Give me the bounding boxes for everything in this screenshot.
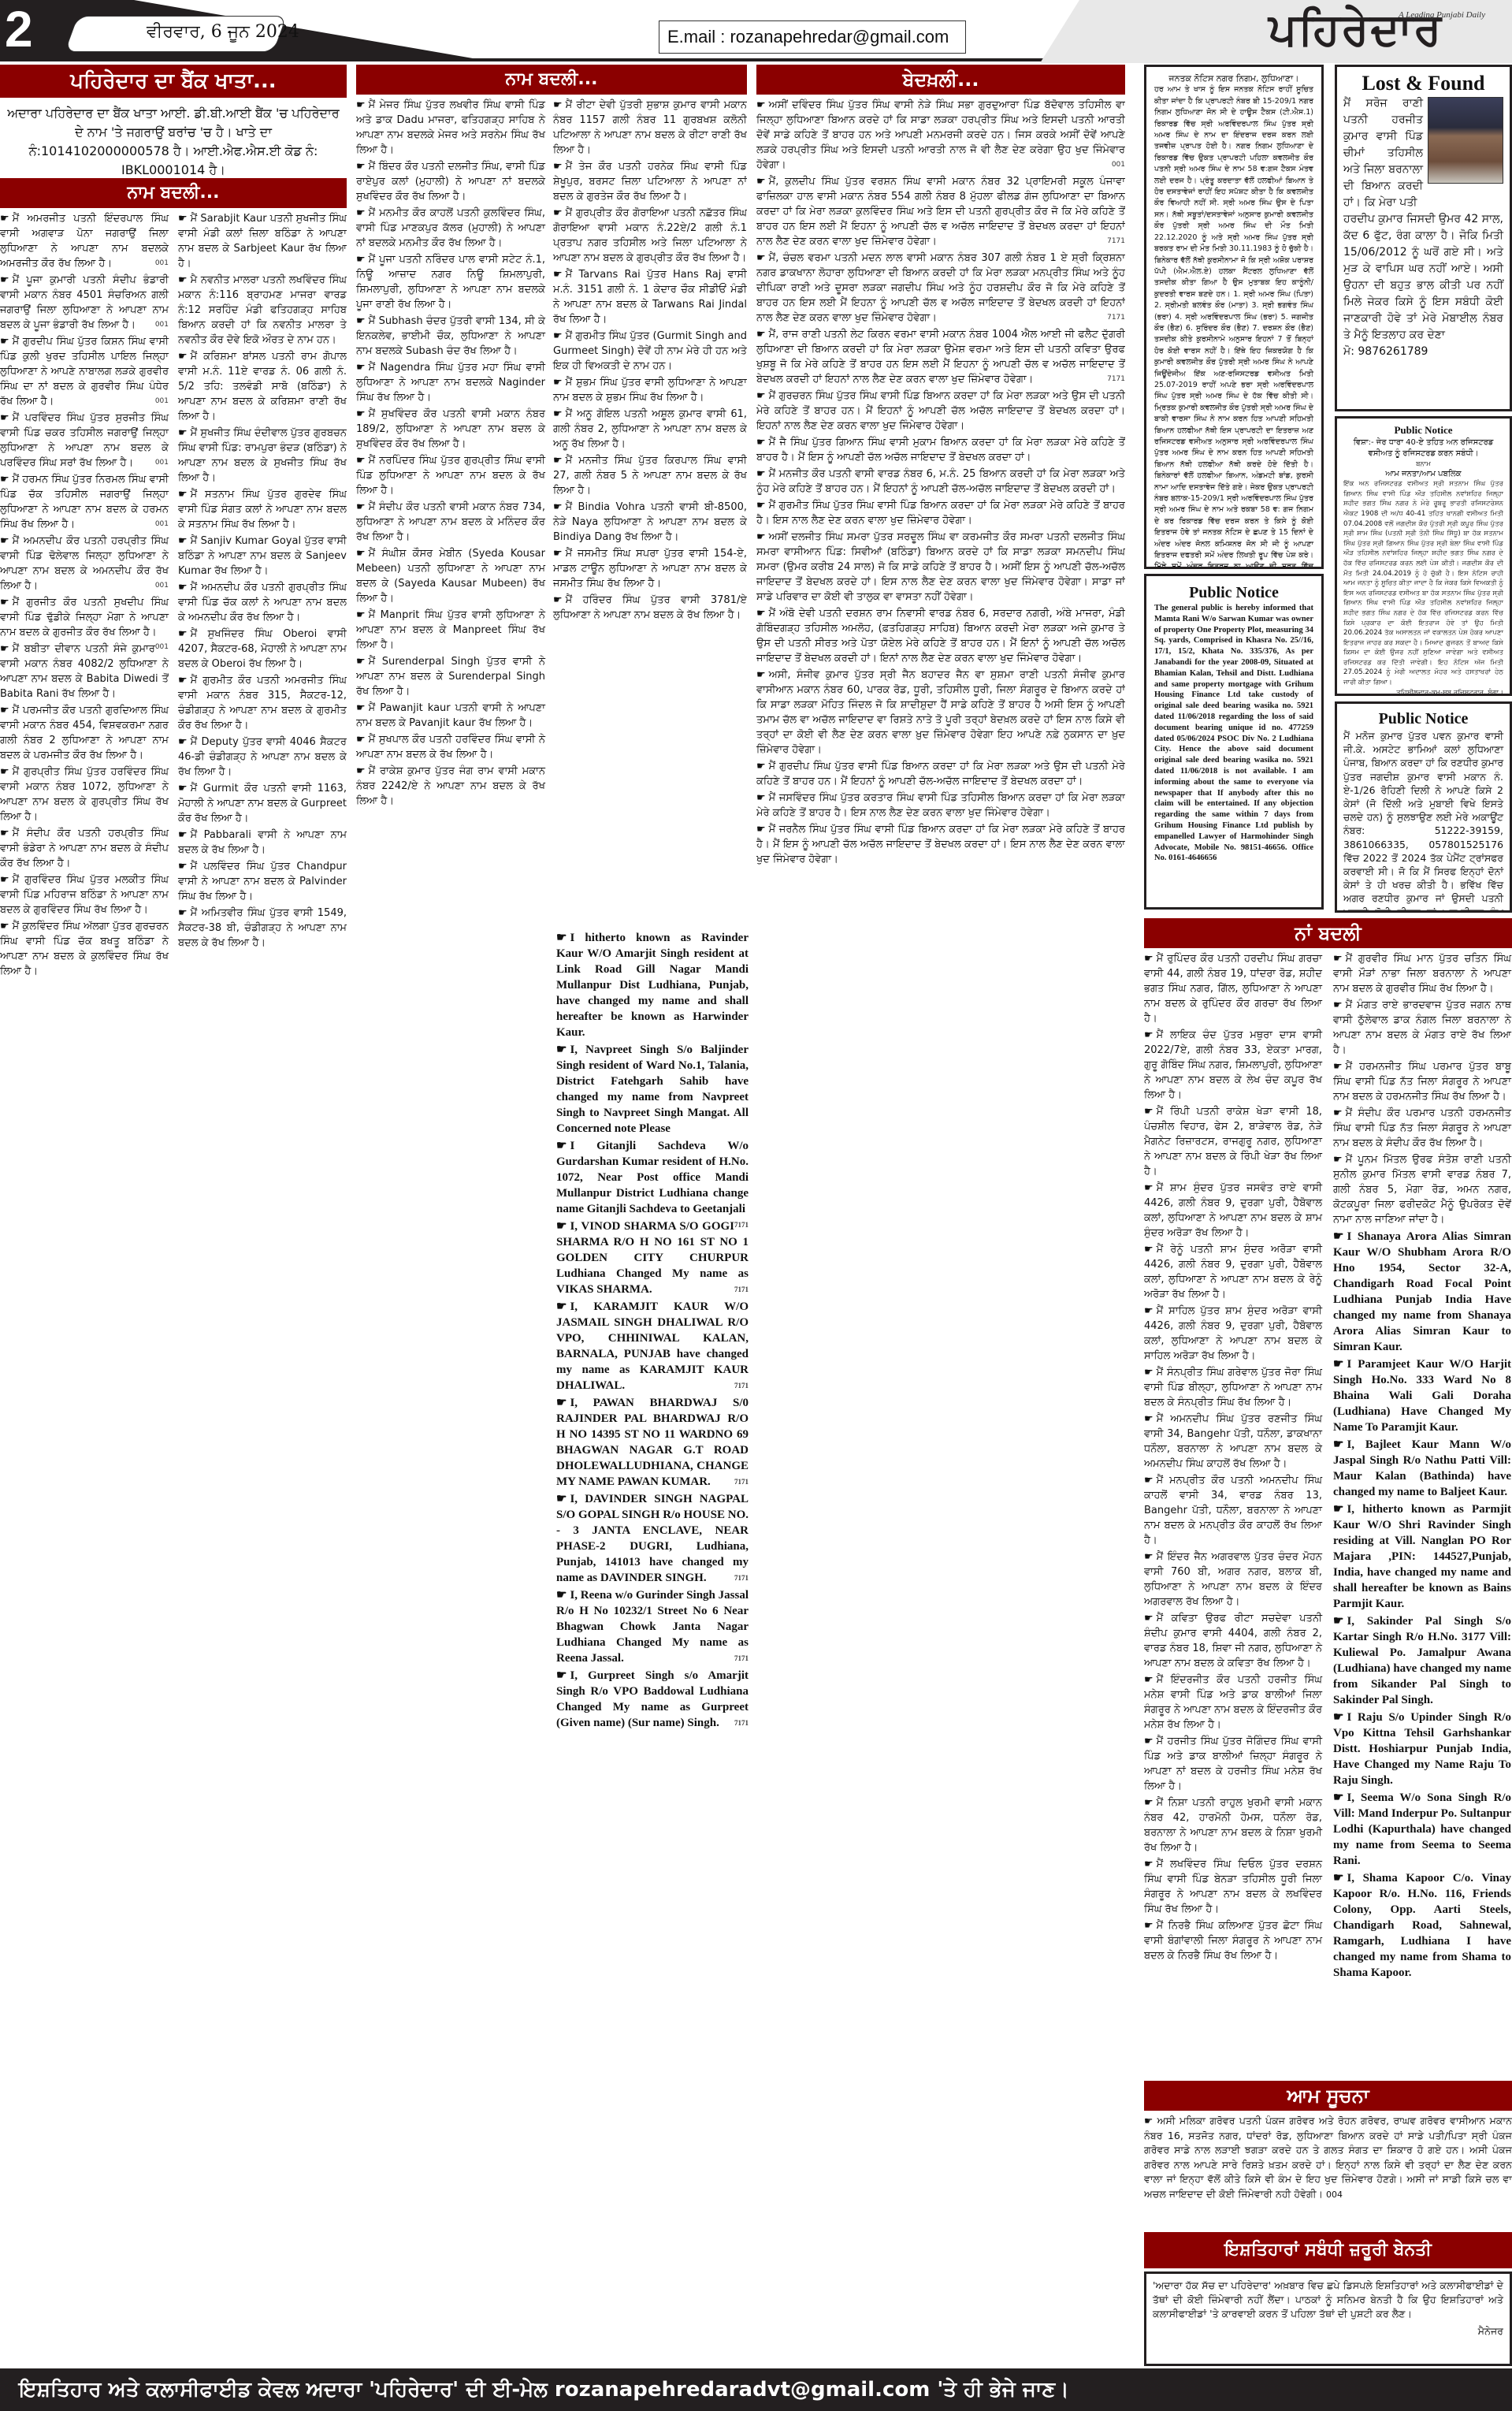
ad-request-heading: ਇਸ਼ਤਿਹਾਰਾਂ ਸਬੰਧੀ ਜ਼ਰੂਰੀ ਬੇਨਤੀ xyxy=(1144,2232,1512,2268)
entry-text: ਮੈਂ ਸੁਖਪਾਲ ਕੌਰ ਪਤਨੀ ਹਰਵਿੰਦਰ ਸਿੰਘ ਵਾਸੀ ਨੇ… xyxy=(356,734,545,761)
notice-manoj-body: ਮੈਂ ਮਨੋਜ ਕੁਮਾਰ ਪੁੱਤਰ ਪਵਨ ਕੁਮਾਰ ਵਾਸੀ ਜੀ.ਕ… xyxy=(1343,729,1503,913)
pointing-hand-icon: ☛ xyxy=(553,548,563,560)
list-item: ☛ਮੈਂ Sanjiv Kumar Goyal ਪੁੱਤਰ ਵਾਸੀ ਬਠਿੰਡ… xyxy=(178,534,347,579)
list-item: ☛ਮੈਂ ਇੰਦਰ ਜੈਨ ਅਗਰਵਾਲ ਪੁੱਤਰ ਚੰਦਰ ਮੋਹਨ ਵਾਸ… xyxy=(1144,1550,1322,1609)
entry-text: ਮੈਂ ਰਿੰਪੀ ਪਤਨੀ ਰਾਕੇਸ਼ ਖੇੜਾ ਵਾਸੀ 18, ਪੰਚਸ… xyxy=(1144,1106,1322,1178)
list-item: ☛ਮੈਂ ਅਮਰਜੀਤ ਪਤਨੀ ਇੰਦਰਪਾਲ ਸਿੰਘ ਵਾਸੀ ਅਗਵਾੜ… xyxy=(0,211,169,271)
pointing-hand-icon: ☛ xyxy=(556,1589,567,1602)
list-item: ☛ਮੈਂ ਗੁਰਦੀਪ ਸਿੰਘ ਪੁੱਤਰ ਕਿਸ਼ਨ ਸਿੰਘ ਵਾਸੀ ਪ… xyxy=(0,334,169,409)
list-item: ☛ਮੈਂ ਪਲਵਿੰਦਰ ਸਿੰਘ ਪੁੱਤਰ Chandpur ਵਾਸੀ ਨੇ… xyxy=(178,859,347,904)
entry-text: ਮੈਂ ਅਮਨਦੀਪ ਕੌਰ ਪਤਨੀ ਹਰਪ੍ਰੀਤ ਸਿੰਘ ਵਾਸੀ ਪਿ… xyxy=(0,535,169,592)
entry-text: ਮੈਂ ਹਰਜੀਤ ਸਿੰਘ ਪੁੱਤਰ ਜੋਗਿੰਦਰ ਸਿੰਘ ਵਾਸੀ ਪ… xyxy=(1144,1736,1322,1792)
entry-text: ਮੈਂ ਲਾਇਕ ਚੰਦ ਪੁੱਤਰ ਮਥੁਰਾ ਦਾਸ ਵਾਸੀ 2022/7… xyxy=(1144,1029,1322,1101)
list-item: ☛ਮੈਂ ਸੰਦੀਪ ਕੌਰ ਪਤਨੀ ਹਰਪ੍ਰੀਤ ਸਿੰਘ ਵਾਸੀ ਭੰ… xyxy=(0,826,169,871)
list-item: ☛I, DAVINDER SINGH NAGPAL S/O GOPAL SING… xyxy=(556,1491,749,1586)
ad-request-section: ਇਸ਼ਤਿਹਾਰਾਂ ਸਬੰਧੀ ਜ਼ਰੂਰੀ ਬੇਨਤੀ 'ਅਦਾਰਾ ਹੱਕ… xyxy=(1144,2232,1512,2368)
pointing-hand-icon: ☛ xyxy=(1333,1872,1343,1885)
entry-text: ਮੈਂ Gurmit ਕੌਰ ਪਤਨੀ ਵਾਸੀ 1163, ਮੋਹਾਲੀ ਨੇ… xyxy=(178,783,347,824)
entry-text: ਮੈਂ ਪੂਜਾ ਪਤਨੀ ਨਰਿੰਦਰ ਪਾਲ ਵਾਸੀ ਸਟੇਟ ਨੰ.1,… xyxy=(356,254,545,311)
entry-text: ਮੈਂ ਰਾਕੇਸ਼ ਕੁਮਾਰ ਪੁੱਤਰ ਜੰਗ ਰਾਮ ਵਾਸੀ ਮਕਾਨ… xyxy=(356,765,545,807)
list-item: ☛ਮੈਂ ਰੀਟਾ ਦੇਵੀ ਪੁੱਤਰੀ ਸੁਭਾਸ਼ ਕੁਮਾਰ ਵਾਸੀ … xyxy=(553,98,747,158)
pointing-hand-icon: ☛ xyxy=(756,669,766,681)
entry-text: ਮੈਂ ਸਾਹਿਲ ਪੁੱਤਰ ਸ਼ਾਮ ਸੁੰਦਰ ਅਰੋੜਾ ਵਾਸੀ 44… xyxy=(1144,1305,1322,1362)
entry-text: ਮੈਂ ਗੁਰਦੀਪ ਸਿੰਘ ਪੁੱਤਰ ਕਿਸ਼ਨ ਸਿੰਘ ਵਾਸੀ ਪਿ… xyxy=(0,336,169,407)
pointing-hand-icon: ☛ xyxy=(1144,1920,1154,1932)
entry-text: ਮੈਂ ਸਤਨਾਮ ਸਿੰਘ ਪੁੱਤਰ ਗੁਰਦੇਵ ਸਿੰਘ ਵਾਸੀ ਪਿ… xyxy=(178,489,347,530)
pointing-hand-icon: ☛ xyxy=(553,501,563,513)
name-change-left-col1: ☛ਮੈਂ ਅਮਰਜੀਤ ਪਤਨੀ ਇੰਦਰਪਾਲ ਸਿੰਘ ਵਾਸੀ ਅਗਵਾੜ… xyxy=(0,211,169,980)
entry-text: ਮੈਂ ਗੁਰਦੀਪ ਸਿੰਘ ਪੁੱਤਰ ਵਾਸੀ ਪਿੰਡ ਬਿਆਨ ਕਰਦ… xyxy=(756,761,1125,787)
lost-found-phone: ਮੋ: 9876261789 xyxy=(1343,344,1503,360)
pointing-hand-icon: ☛ xyxy=(556,1044,567,1056)
entry-text: ਮੈਂ ਬਿੰਦਰ ਕੌਰ ਪਤਨੀ ਦਲਜੀਤ ਸਿੰਘ, ਵਾਸੀ ਪਿੰਡ… xyxy=(356,161,545,203)
list-item: ☛ਮੈਂ Sarabjit Kaur ਪਤਨੀ ਸੁਖਜੀਤ ਸਿੰਘ ਵਾਸੀ… xyxy=(178,211,347,271)
pointing-hand-icon: ☛ xyxy=(0,643,9,655)
list-item: ☛ਮੈਂ ਮਨਮੀਤ ਕੌਰ ਕਾਹਲੋਂ ਪਤਨੀ ਕੁਲਵਿੰਦਰ ਸਿੰਘ… xyxy=(356,206,545,251)
missing-person-photo xyxy=(1428,97,1503,184)
pointing-hand-icon: ☛ xyxy=(1333,1107,1343,1119)
list-item: ☛ਮੈਂ ਗੁਰਵਿੰਦਰ ਸਿੰਘ ਪੁੱਤਰ ਮਲਕੀਤ ਸਿੰਘ ਵਾਸੀ… xyxy=(0,872,169,917)
notice-will-title: Public Notice xyxy=(1343,423,1503,437)
pointing-hand-icon: ☛ xyxy=(178,783,188,794)
pointing-hand-icon: ☛ xyxy=(1144,1858,1154,1870)
list-item: ☛ਮੈਂ ਨਿਰਭੈ ਸਿੰਘ ਕਲਿਆਣ ਪੁੱਤਰ ਛੋਟਾ ਸਿੰਘ ਵਾ… xyxy=(1144,1918,1322,1963)
list-item: ☛ਮੈਂ ਅਮਨਦੀਪ ਕੌਰ ਪਤਨੀ ਗੁਰਪ੍ਰੀਤ ਸਿੰਘ ਵਾਸੀ … xyxy=(178,580,347,625)
pointing-hand-icon: ☛ xyxy=(1144,2115,1153,2126)
pointing-hand-icon: ☛ xyxy=(0,474,9,486)
pointing-hand-icon: ☛ xyxy=(553,207,563,219)
pointing-hand-icon: ☛ xyxy=(178,274,188,286)
entry-text: ਅਸੀਂ ਦਵਿੰਦਰ ਸਿੰਘ ਪੁੱਤਰ ਸਿੰਘ ਵਾਸੀ ਨੇੜੇ ਸਿ… xyxy=(756,99,1125,171)
pointing-hand-icon: ☛ xyxy=(356,408,366,420)
entry-code: 7171 xyxy=(734,1378,749,1393)
pointing-hand-icon: ☛ xyxy=(756,608,766,619)
na-badli-col1: ☛ਮੈਂ ਰੁਪਿੰਦਰ ਕੌਰ ਪਤਨੀ ਹਰਦੀਪ ਸਿੰਘ ਗਰਚਾ ਵਾ… xyxy=(1144,951,1322,1982)
entry-text: I, PAWAN BHARDWAJ S/0 RAJINDER PAL BHARD… xyxy=(556,1397,749,1488)
entry-text: ਮੈਂ ਮੰਗਤ ਰਾਏ ਭਾਰਦਵਾਜ ਪੁੱਤਰ ਜਗਨ ਨਾਥ ਵਾਸੀ … xyxy=(1333,999,1511,1056)
pointing-hand-icon: ☛ xyxy=(356,161,366,173)
bedakhli-section: ਬੇਦਖ਼ਲੀ... ☛ਅਸੀਂ ਦਵਿੰਦਰ ਸਿੰਘ ਪੁੱਤਰ ਸਿੰਘ … xyxy=(756,65,1125,2366)
pointing-hand-icon: ☛ xyxy=(1333,953,1343,965)
entry-text: ਮੈਂ Bindia Vohra ਪਤਨੀ ਵਾਸੀ ਬੀ-8500, ਨੇੜੇ… xyxy=(553,501,747,543)
list-item: ☛ਮੈਂ ਹਰਜੀਤ ਸਿੰਘ ਪੁੱਤਰ ਜੋਗਿੰਦਰ ਸਿੰਘ ਵਾਸੀ … xyxy=(1144,1734,1322,1794)
list-item: ☛ਮੈਂ ਗੁਰਮੀਤ ਕੌਰ ਪਤਨੀ ਅਮਰਜੀਤ ਸਿੰਘ ਵਾਸੀ ਮਕ… xyxy=(178,673,347,733)
pointing-hand-icon: ☛ xyxy=(1144,1797,1154,1809)
list-item: ☛I, Seema W/o Sona Singh R/o Vill: Mand … xyxy=(1333,1790,1511,1869)
list-item: ☛ਮੈਂ ਪੂਜਾ ਪਤਨੀ ਨਰਿੰਦਰ ਪਾਲ ਵਾਸੀ ਸਟੇਟ ਨੰ.1… xyxy=(356,252,545,312)
pointing-hand-icon: ☛ xyxy=(356,455,366,467)
pointing-hand-icon: ☛ xyxy=(1144,1736,1154,1747)
pointing-hand-icon: ☛ xyxy=(756,792,766,804)
list-item: ☛ਮੈਂ ਬਬੀਤਾ ਦੀਵਾਨ ਪਤਨੀ ਸੰਜੇ ਕੁਮਾਰ ਵਾਸੀ ਮਕ… xyxy=(0,642,169,701)
public-notice-manoj: Public Notice ਮੈਂ ਮਨੋਜ ਕੁਮਾਰ ਪੁੱਤਰ ਪਵਨ ਕ… xyxy=(1335,701,1512,913)
na-badli-section: ਨਾਂ ਬਦਲੀ ☛ਮੈਂ ਰੁਪਿੰਦਰ ਕੌਰ ਪਤਨੀ ਹਰਦੀਪ ਸਿੰ… xyxy=(1144,918,1512,2069)
entry-text: ਮੈਂ ਕਵਿਤਾ ਉਰਫ ਰੀਟਾ ਸਚਦੇਵਾ ਪਤਨੀ ਸ਼ੰਦੀਪ ਕੁ… xyxy=(1144,1613,1322,1669)
list-item: ☛ਮੈਂ ਰਿੰਪੀ ਪਤਨੀ ਰਾਕੇਸ਼ ਖੇੜਾ ਵਾਸੀ 18, ਪੰਚ… xyxy=(1144,1104,1322,1179)
ad-request-box: 'ਅਦਾਰਾ ਹੱਕ ਸੱਚ ਦਾ ਪਹਿਰੇਦਾਰ' ਅਖ਼ਬਾਰ ਵਿਚ ਛ… xyxy=(1144,2271,1512,2366)
list-item: ☛I Shanaya Arora Alias Simran Kaur W/O S… xyxy=(1333,1229,1511,1355)
pointing-hand-icon: ☛ xyxy=(0,766,9,778)
list-item: ☛ਮੈਂ ਇੰਦਰਜੀਤ ਕੌਰ ਪਤਨੀ ਹਰਜੀਤ ਸਿੰਘ ਮਨੇਸ਼ ਵ… xyxy=(1144,1672,1322,1732)
bank-heading: ਪਹਿਰੇਦਾਰ ਦਾ ਬੈਂਕ ਖਾਤਾ... xyxy=(0,65,347,98)
list-item: ☛ਮੈਂ ਪੂਨਮ ਮਿੱਤਲ ਉਰਫ ਸੰਤੋਸ਼ ਰਾਣੀ ਪਤਨੀ ਸੁਨ… xyxy=(1333,1152,1511,1227)
pointing-hand-icon: ☛ xyxy=(553,269,563,281)
pointing-hand-icon: ☛ xyxy=(178,907,188,919)
entry-text: ਮੈ ਨਵਨੀਤ ਮਾਲਰਾ ਪਤਨੀ ਲਖਵਿੰਦਰ ਸਿੰਘ ਮਕਾਨ ਨੰ… xyxy=(178,274,347,346)
logo-tagline: A Leading Punjabi Daily xyxy=(1399,9,1485,20)
entry-text: ਮੈਂ ਪੂਜਾ ਕੁਮਾਰੀ ਪਤਨੀ ਸੰਦੀਪ ਭੰਡਾਰੀ ਵਾਸੀ ਮ… xyxy=(0,274,169,331)
notice-will-to: ਆਮ ਜਨਤਾ/ਆਮ ਪਬਲਿਕ xyxy=(1343,470,1503,480)
list-item: ☛ਮੈਂ ਸੁਖਵਿੰਦਰ ਕੌਰ ਪਤਨੀ ਵਾਸੀ ਮਕਾਨ ਨੰਬਰ 18… xyxy=(356,407,545,452)
list-item: ☛ਮੈਂ ਸੰਦੀਪ ਕੌਰ ਪਤਨੀ ਵਾਸੀ ਮਕਾਨ ਨੰਬਰ 734, … xyxy=(356,500,545,545)
pointing-hand-icon: ☛ xyxy=(556,1493,567,1505)
pointing-hand-icon: ☛ xyxy=(556,1669,567,1682)
entry-text: ਮੈਂ ਸ਼ਾਮ ਸੁੰਦਰ ਪੁੱਤਰ ਜਸਵੰਤ ਰਾਏ ਵਾਸੀ 4426… xyxy=(1144,1182,1322,1239)
list-item: ☛ਮੈਂ ਗੁਰਵੀਰ ਸਿੰਘ ਮਾਨ ਪੁੱਤਰ ਚਤਿਨ ਸਿੰਘ ਵਾਸ… xyxy=(1333,951,1511,996)
entry-text: ਮੈਂ ਇੰਦਰਜੀਤ ਕੌਰ ਪਤਨੀ ਹਰਜੀਤ ਸਿੰਘ ਮਨੇਸ਼ ਵਾ… xyxy=(1144,1674,1322,1731)
entry-text: ਮੈਂ Manprit ਸਿੰਘ ਪੁੱਤਰ ਵਾਸੀ ਲੁਧਿਆਣਾ ਨੇ ਆ… xyxy=(356,609,545,651)
entry-text: ਮੈਂ ਸੰਦੀਪ ਕੌਰ ਪਤਨੀ ਵਾਸੀ ਮਕਾਨ ਨੰਬਰ 734, ਲ… xyxy=(356,501,545,543)
entry-text: I, Seema W/o Sona Singh R/o Vill: Mand I… xyxy=(1333,1792,1511,1867)
list-item: ☛ਮੈਂ ਗੁਰਚਰਨ ਸਿੰਘ ਪੁੱਤਰ ਸਿੰਘ ਵਾਸੀ ਪਿੰਡ ਬਿ… xyxy=(756,389,1125,433)
ad-request-text: 'ਅਦਾਰਾ ਹੱਕ ਸੱਚ ਦਾ ਪਹਿਰੇਦਾਰ' ਅਖ਼ਬਾਰ ਵਿਚ ਛ… xyxy=(1153,2279,1503,2321)
entry-text: ਮੈਂ ਸ਼ੁਭਮ ਸਿੰਘ ਪੁੱਤਰ ਵਾਸੀ ਲੁਧਿਆਣਾ ਨੇ ਆਪਣ… xyxy=(553,377,747,404)
pointing-hand-icon: ☛ xyxy=(178,351,188,363)
entry-text: ਮੈਂ ਨਿਸ਼ਾ ਪਤਨੀ ਰਾਹੁਲ ਖੁਰਮੀ ਵਾਸੀ ਮਕਾਨ ਨੰਬ… xyxy=(1144,1797,1322,1854)
pointing-hand-icon: ☛ xyxy=(356,207,366,219)
pointing-hand-icon: ☛ xyxy=(1144,1244,1154,1256)
list-item: ☛ਮੈਂ ਨਿਸ਼ਾ ਪਤਨੀ ਰਾਹੁਲ ਖੁਰਮੀ ਵਾਸੀ ਮਕਾਨ ਨੰ… xyxy=(1144,1795,1322,1855)
list-item: ☛ਮੈਂ ਮੰਗਤ ਰਾਏ ਭਾਰਦਵਾਜ ਪੁੱਤਰ ਜਗਨ ਨਾਥ ਵਾਸੀ… xyxy=(1333,998,1511,1058)
entry-text: ਮੈਂ Sarabjit Kaur ਪਤਨੀ ਸੁਖਜੀਤ ਸਿੰਘ ਵਾਸੀ … xyxy=(178,213,347,270)
pointing-hand-icon: ☛ xyxy=(1144,1674,1154,1686)
entry-text: ਮੈਂ Tarvans Rai ਪੁੱਤਰ Hans Raj ਵਾਸੀ ਮ.ਨੰ… xyxy=(553,269,747,326)
entry-code: 7171 xyxy=(1107,311,1125,326)
pointing-hand-icon: ☛ xyxy=(0,213,9,225)
entry-code: 7171 xyxy=(1107,372,1125,387)
entry-text: ਮੈਂ ਗੁਰਵਿੰਦਰ ਸਿੰਘ ਪੁੱਤਰ ਮਲਕੀਤ ਸਿੰਘ ਵਾਸੀ … xyxy=(0,874,169,916)
list-item: ☛ਮੈਂ ਮਨਜੀਤ ਸਿੰਘ ਪੁੱਤਰ ਕਿਰਪਾਲ ਸਿੰਘ ਵਾਸੀ 2… xyxy=(553,453,747,498)
list-item: ☛ਮੈਂ Tarvans Rai ਪੁੱਤਰ Hans Raj ਵਾਸੀ ਮ.ਨ… xyxy=(553,267,747,327)
pointing-hand-icon: ☛ xyxy=(1333,1154,1343,1166)
list-item: ☛ਮੈਂ ਹਰਮਨਜੀਤ ਸਿੰਘ ਪਰਮਾਰ ਪੁੱਤਰ ਬਾਬੂ ਸਿੰਘ … xyxy=(1333,1059,1511,1104)
pointing-hand-icon: ☛ xyxy=(356,362,366,374)
pointing-hand-icon: ☛ xyxy=(1144,1413,1154,1425)
pointing-hand-icon: ☛ xyxy=(1144,1106,1154,1118)
pointing-hand-icon: ☛ xyxy=(553,330,563,342)
bank-text: ਅਦਾਰਾ ਪਹਿਰੇਦਾਰ ਦਾ ਬੈਂਕ ਖਾਤਾ ਆਈ. ਡੀ.ਬੀ.ਆਈ… xyxy=(0,98,347,186)
entry-text: ਮੈਂ ਰੀਟਾ ਦੇਵੀ ਪੁੱਤਰੀ ਸੁਭਾਸ਼ ਕੁਮਾਰ ਵਾਸੀ ਮ… xyxy=(553,99,747,156)
entry-code: 001 xyxy=(155,640,169,655)
pointing-hand-icon: ☛ xyxy=(553,455,563,467)
pointing-hand-icon: ☛ xyxy=(756,531,766,543)
list-item: ☛ਮੈਂ ਸੰਨਪ੍ਰੀਤ ਸਿੰਘ ਗਰੇਵਾਲ ਪੁੱਤਰ ਜੋਰਾ ਸਿੰ… xyxy=(1144,1365,1322,1410)
entry-text: ਮੈਂ ਸੁਖਜੀਤ ਸਿੰਘ ਦੰਦੀਵਾਲ ਪੁੱਤਰ ਗੁਰਬਚਨ ਸਿੰ… xyxy=(178,427,347,484)
list-item: ☛I Gitanjli Sachdeva W/o Gurdarshan Kuma… xyxy=(556,1138,749,1217)
pointing-hand-icon: ☛ xyxy=(556,1140,567,1152)
list-item: ☛ਮੈਂ ਜਸਵਿੰਦਰ ਸਿੰਘ ਪੁੱਤਰ ਕਰਤਾਰ ਸਿੰਘ ਵਾਸੀ … xyxy=(756,791,1125,820)
entry-text: ਮੈਂ ਰੁਪਿੰਦਰ ਕੌਰ ਪਤਨੀ ਹਰਦੀਪ ਸਿੰਘ ਗਰਚਾ ਵਾਸ… xyxy=(1144,953,1322,1025)
pointing-hand-icon: ☛ xyxy=(756,390,766,402)
footer-ad-email-bar: ਇਸ਼ਤਿਹਾਰ ਅਤੇ ਕਲਾਸੀਫਾਈਡ ਕੇਵਲ ਅਦਾਰਾ 'ਪਹਿਰੇ… xyxy=(0,2368,1512,2411)
entry-text: ਮੈਂ Subhash ਚੰਦਰ ਪੁੱਤਰੀ ਵਾਸੀ 134, ਸੀ ਕੇ … xyxy=(356,315,545,357)
na-badli-col2: ☛ਮੈਂ ਗੁਰਵੀਰ ਸਿੰਘ ਮਾਨ ਪੁੱਤਰ ਚਤਿਨ ਸਿੰਘ ਵਾਸ… xyxy=(1333,951,1511,1982)
list-item: ☛I, Shama Kapoor C/o. Vinay Kapoor R/o. … xyxy=(1333,1870,1511,1981)
entry-text: ਮੈਂ ਨਰਪਿੰਦਰ ਸਿੰਘ ਪੁੱਤਰ ਗੁਰਪ੍ਰੀਤ ਸਿੰਘ ਵਾਸ… xyxy=(356,455,545,497)
lost-found-body: ਹਰਦੀਪ ਕੁਮਾਰ ਜਿਸਦੀ ਉਮਰ 42 ਸਾਲ, ਕੱਦ 6 ਫੁੱਟ… xyxy=(1343,211,1503,344)
pointing-hand-icon: ☛ xyxy=(356,548,366,560)
entry-text: ਅਸੀਂ ਦਲਜੀਤ ਸਿੰਘ ਸਮਰਾ ਪੁੱਤਰ ਸਰਦੂਲ ਸਿੰਘ ਵਾ… xyxy=(756,531,1125,603)
entry-code: 001 xyxy=(1112,158,1125,173)
list-item: ☛ਅਸੀ, ਸੰਜੀਵ ਕੁਮਾਰ ਪੁੱਤਰ ਸ੍ਰੀ ਜੈਨ ਬਹਾਦਰ ਜ… xyxy=(756,668,1125,757)
notice-will-banam: ਬਨਾਮ xyxy=(1343,460,1503,470)
pointing-hand-icon: ☛ xyxy=(178,535,188,547)
pointing-hand-icon: ☛ xyxy=(356,702,366,714)
entry-text: ਮੈਂ ਪਰਵਿੰਦਰ ਸਿੰਘ ਪੁੱਤਰ ਸੁਰਜੀਤ ਸਿੰਘ ਵਾਸੀ … xyxy=(0,412,169,469)
pointing-hand-icon: ☛ xyxy=(756,437,766,448)
list-item: ☛I, Gurpreet Singh s/o Amarjit Singh R/o… xyxy=(556,1668,749,1731)
entry-text: I Raju S/o Upinder Singh R/o Vpo Kittna … xyxy=(1333,1711,1511,1787)
ad-request-sign: ਮੈਨੇਜਰ xyxy=(1153,2324,1503,2338)
pointing-hand-icon: ☛ xyxy=(356,254,366,266)
entry-text: ਮੈਂ ਅਮਰਜੀਤ ਪਤਨੀ ਇੰਦਰਪਾਲ ਸਿੰਘ ਵਾਸੀ ਅਗਵਾੜ … xyxy=(0,213,169,270)
entry-text: ਮੈਂ ਮਨਪ੍ਰੀਤ ਕੌਰ ਪਤਨੀ ਅਮਨਦੀਪ ਸਿੰਘ ਕਾਹਲੋਂ … xyxy=(1144,1475,1322,1546)
list-item: ☛ਮੈਂ ਸੁਖਜਿੰਦਰ ਸਿੰਘ Oberoi ਵਾਸੀ 4207, ਸੈਕ… xyxy=(178,627,347,672)
pointing-hand-icon: ☛ xyxy=(756,500,766,512)
list-item: ☛ਮੈਂ ਸ਼ਾਮ ਸੁੰਦਰ ਪੁੱਤਰ ਜਸਵੰਤ ਰਾਏ ਵਾਸੀ 442… xyxy=(1144,1181,1322,1241)
list-item: ☛ਮੈਂ ਹਰਿੰਦਰ ਸਿੰਘ ਪੁੱਤਰ ਵਾਸੀ 3781/ਏ ਲੁਧਿਆ… xyxy=(553,593,747,623)
pointing-hand-icon: ☛ xyxy=(178,489,188,500)
list-item: ☛ਮੈਂ Bindia Vohra ਪਤਨੀ ਵਾਸੀ ਬੀ-8500, ਨੇੜ… xyxy=(553,500,747,545)
masthead-email[interactable]: E.mail : rozanapehredar@gmail.com xyxy=(659,20,966,54)
entry-text: ਮੈਂ ਅਮਨਦੀਪ ਸਿੰਘ ਪੁੱਤਰ ਰਣਜੀਤ ਸਿੰਘ ਵਾਸੀ 34… xyxy=(1144,1413,1322,1470)
entry-code: 7171 xyxy=(734,1650,749,1666)
list-item: ☛ਮੈਂ ਮੇਜਰ ਸਿੰਘ ਪੁੱਤਰ ਲਖਵੀਰ ਸਿੰਘ ਵਾਸੀ ਪਿੰ… xyxy=(356,98,545,158)
pointing-hand-icon: ☛ xyxy=(756,824,766,835)
list-item: ☛I, hitherto known as Parmjit Kaur W/O S… xyxy=(1333,1501,1511,1612)
entry-text: ਮੈਂ, ਚੰਚਲ ਵਰਮਾ ਪਤਨੀ ਮਦਨ ਲਾਲ ਵਾਸੀ ਮਕਾਨ ਨੰ… xyxy=(756,252,1125,324)
entry-text: I, DAVINDER SINGH NAGPAL S/O GOPAL SINGH… xyxy=(556,1493,749,1584)
pointing-hand-icon: ☛ xyxy=(356,99,366,111)
pointing-hand-icon: ☛ xyxy=(553,594,563,606)
pointing-hand-icon: ☛ xyxy=(1144,1182,1154,1194)
pointing-hand-icon: ☛ xyxy=(1144,1551,1154,1563)
pointing-hand-icon: ☛ xyxy=(1144,953,1154,965)
pointing-hand-icon: ☛ xyxy=(1144,1305,1154,1317)
list-item: ☛ਮੈਂ ਅਮਨਦੀਪ ਕੌਰ ਪਤਨੀ ਹਰਪ੍ਰੀਤ ਸਿੰਘ ਵਾਸੀ ਪ… xyxy=(0,534,169,593)
entry-text: ਮੈਂ ਗੁਰਮੀਤ ਸਿੰਘ ਪੁੱਤਰ (Gurmit Singh and … xyxy=(553,330,747,372)
entry-code: 001 xyxy=(155,394,169,409)
entry-text: ਮੈਂ ਗੁਰਪ੍ਰੀਤ ਕੌਰ ਗੋਰਾਇਆ ਪਤਨੀ ਨਛੱਤਰ ਸਿੰਘ … xyxy=(553,207,747,264)
list-item: ☛ਮੈਂ ਸਾਹਿਲ ਪੁੱਤਰ ਸ਼ਾਮ ਸੁੰਦਰ ਅਰੋੜਾ ਵਾਸੀ 4… xyxy=(1144,1304,1322,1364)
aam-suchna-heading: ਆਮ ਸੂਚਨਾ xyxy=(1144,2081,1512,2111)
pointing-hand-icon: ☛ xyxy=(556,1220,567,1233)
list-item: ☛ਮੈਂ ਸੰਘੀਸ਼ ਕੌਸਰ ਮੇਬੀਨ (Syeda Kousar Meb… xyxy=(356,546,545,606)
name-change-center-col2: ☛ਮੈਂ ਰੀਟਾ ਦੇਵੀ ਪੁੱਤਰੀ ਸੁਭਾਸ਼ ਕੁਮਾਰ ਵਾਸੀ … xyxy=(553,98,747,810)
list-item: ☛ਮੈਂ ਮਨਪ੍ਰੀਤ ਕੌਰ ਪਤਨੀ ਅਮਨਦੀਪ ਸਿੰਘ ਕਾਹਲੋਂ… xyxy=(1144,1473,1322,1548)
pointing-hand-icon: ☛ xyxy=(356,734,366,746)
entry-text: ਮੈਂ ਜਰਨੈਲ ਸਿੰਘ ਪੁੱਤਰ ਸਿੰਘ ਵਾਸੀ ਪਿੰਡ ਬਿਆਨ… xyxy=(756,824,1125,865)
list-item: ☛ਮੈਂ ਗੁਰਪ੍ਰੀਤ ਸਿੰਘ ਪੁੱਤਰ ਹਰਵਿੰਦਰ ਸਿੰਘ ਵਾ… xyxy=(0,765,169,824)
list-item: ☛ਮੈਂ ਗੁਰਪ੍ਰੀਤ ਕੌਰ ਗੋਰਾਇਆ ਪਤਨੀ ਨਛੱਤਰ ਸਿੰਘ… xyxy=(553,206,747,266)
list-item: ☛ਮੈਂ ਤੇਜ ਕੌਰ ਪਤਨੀ ਹਰਨੇਕ ਸਿੰਘ ਵਾਸੀ ਪਿੰਡ ਸ… xyxy=(553,159,747,204)
list-item: ☛ਮੈਂ Gurmit ਕੌਰ ਪਤਨੀ ਵਾਸੀ 1163, ਮੋਹਾਲੀ ਨ… xyxy=(178,781,347,826)
entry-text: ਮੈਂ ਹਰਮਨਜੀਤ ਸਿੰਘ ਪਰਮਾਰ ਪੁੱਤਰ ਬਾਬੂ ਸਿੰਘ ਵ… xyxy=(1333,1061,1511,1103)
pointing-hand-icon: ☛ xyxy=(1144,1029,1154,1041)
entry-text: ਅਸੀ, ਸੰਜੀਵ ਕੁਮਾਰ ਪੁੱਤਰ ਸ੍ਰੀ ਜੈਨ ਬਹਾਦਰ ਜੈ… xyxy=(756,669,1125,756)
pointing-hand-icon: ☛ xyxy=(1333,1061,1343,1073)
notice-mamta-body: The general public is hereby informed th… xyxy=(1154,603,1313,864)
pointing-hand-icon: ☛ xyxy=(756,329,766,340)
entry-text: ਮੈਂ Surenderpal Singh ਪੁੱਤਰ ਵਾਸੀ ਨੇ ਆਪਣਾ… xyxy=(356,656,545,698)
list-item: ☛I, PAWAN BHARDWAJ S/0 RAJINDER PAL BHAR… xyxy=(556,1395,749,1490)
pointing-hand-icon: ☛ xyxy=(1333,1711,1343,1724)
notice-manoj-title: Public Notice xyxy=(1343,709,1503,729)
pointing-hand-icon: ☛ xyxy=(0,874,9,886)
pointing-hand-icon: ☛ xyxy=(356,765,366,777)
pointing-hand-icon: ☛ xyxy=(1333,1438,1343,1451)
entry-text: I, Reena w/o Gurinder Singh Jassal R/o H… xyxy=(556,1589,749,1665)
pointing-hand-icon: ☛ xyxy=(356,315,366,327)
pointing-hand-icon: ☛ xyxy=(553,99,563,111)
lost-found-title: Lost & Found xyxy=(1343,72,1503,95)
list-item: ☛ਮੈਂ ਗੁਰਜੀਤ ਕੌਰ ਪਤਨੀ ਸੁਖਦੀਪ ਸਿੰਘ ਵਾਸੀ ਪਿ… xyxy=(0,595,169,640)
list-item: ☛ਮੈਂ ਜਰਨੈਲ ਸਿੰਘ ਪੁੱਤਰ ਸਿੰਘ ਵਾਸੀ ਪਿੰਡ ਬਿਆ… xyxy=(756,822,1125,867)
list-item: ☛ਮੈਂ ਰਾਕੇਸ਼ ਕੁਮਾਰ ਪੁੱਤਰ ਜੰਗ ਰਾਮ ਵਾਸੀ ਮਕਾ… xyxy=(356,764,545,809)
entry-text: ਮੈਂ ਕੁਲਵਿੰਦਰ ਸਿੰਘ ਅੱਲਗਾ ਪੁੱਤਰ ਗੁਰਚਰਨ ਸਿੰ… xyxy=(0,921,169,977)
entry-text: ਮੈਂ, ਰਾਜ ਰਾਣੀ ਪਤਨੀ ਲੇਟ ਕਿਰਨ ਵਰਮਾ ਵਾਸੀ ਮਕ… xyxy=(756,329,1125,385)
pointing-hand-icon: ☛ xyxy=(1333,1358,1343,1371)
pointing-hand-icon: ☛ xyxy=(0,597,9,608)
entry-text: I, Sakinder Pal Singh S/o Kartar Singh R… xyxy=(1333,1615,1511,1706)
pointing-hand-icon: ☛ xyxy=(1333,1230,1343,1243)
list-item: ☛ਮੈਂ Manprit ਸਿੰਘ ਪੁੱਤਰ ਵਾਸੀ ਲੁਧਿਆਣਾ ਨੇ … xyxy=(356,608,545,653)
pointing-hand-icon: ☛ xyxy=(0,828,9,839)
public-notice-ludhiana: ਜਨਤਕ ਨੋਟਿਸ ਨਗਰ ਨਿਗਮ, ਲੁਧਿਆਣਾ। ਹਰ ਆਮ ਤੇ ਖ… xyxy=(1144,65,1324,569)
entry-text: ਮੈਂ Deputy ਪੁੱਤਰ ਵਾਸੀ 4046 ਸੈਕਟਰ 46-ਡੀ ਚ… xyxy=(178,736,347,778)
list-item: ☛ਮੈਂ ਗੁਰਮੀਤ ਸਿੰਘ ਪੁੱਤਰ (Gurmit Singh and… xyxy=(553,329,747,374)
entry-text: I, Bajleet Kaur Mann W/o Jaspal Singh R/… xyxy=(1333,1438,1511,1498)
list-item: ☛ਮੈਂ ਸ਼ੁਭਮ ਸਿੰਘ ਪੁੱਤਰ ਵਾਸੀ ਲੁਧਿਆਣਾ ਨੇ ਆਪ… xyxy=(553,375,747,405)
list-item: ☛ਮੈਂ ਸੁਖਪਾਲ ਕੌਰ ਪਤਨੀ ਹਰਵਿੰਦਰ ਸਿੰਘ ਵਾਸੀ ਨ… xyxy=(356,732,545,762)
list-item: ☛ਮੈਂ ਅਮਿਤਵੀਰ ਸਿੰਘ ਪੁੱਤਰ ਵਾਸੀ 1549, ਸੈਕਟਰ… xyxy=(178,906,347,951)
entry-text: ਮੈਂ ਨਿਰਭੈ ਸਿੰਘ ਕਲਿਆਣ ਪੁੱਤਰ ਛੋਟਾ ਸਿੰਘ ਵਾਸ… xyxy=(1144,1920,1322,1962)
entry-code: 001 xyxy=(155,256,169,271)
list-item: ☛ਮੈਂ ਗੁਰਮੀਤ ਸਿੰਘ ਪੁੱਤਰ ਸਿੰਘ ਵਾਸੀ ਪਿੰਡ ਬਿ… xyxy=(756,498,1125,528)
list-item: ☛I Raju S/o Upinder Singh R/o Vpo Kittna… xyxy=(1333,1710,1511,1788)
name-change-left-col2: ☛ਮੈਂ Sarabjit Kaur ਪਤਨੀ ਸੁਖਜੀਤ ਸਿੰਘ ਵਾਸੀ… xyxy=(178,211,347,980)
list-item: ☛ਮੈਂ Pawanjit kaur ਪਤਨੀ ਵਾਸੀ ਨੇ ਆਪਣਾ ਨਾਮ… xyxy=(356,701,545,731)
entry-text: ਮੈਂ ਗੁਰਮੀਤ ਸਿੰਘ ਪੁੱਤਰ ਸਿੰਘ ਵਾਸੀ ਪਿੰਡ ਬਿਆ… xyxy=(756,500,1125,526)
list-item: ☛ਮੈਂ ਜੈ ਸਿੰਘ ਪੁੱਤਰ ਗਿਆਨ ਸਿੰਘ ਵਾਸੀ ਮੁਕਾਮ … xyxy=(756,435,1125,465)
pointing-hand-icon: ☛ xyxy=(178,582,188,593)
entry-text: ਮੈਂ ਗੁਰਜੀਤ ਕੌਰ ਪਤਨੀ ਸੁਖਦੀਪ ਸਿੰਘ ਵਾਸੀ ਪਿੰ… xyxy=(0,597,169,638)
pointing-hand-icon: ☛ xyxy=(553,161,563,173)
pointing-hand-icon: ☛ xyxy=(1144,1613,1154,1624)
list-item: ☛ਮੈਂ Subhash ਚੰਦਰ ਪੁੱਤਰੀ ਵਾਸੀ 134, ਸੀ ਕੇ… xyxy=(356,314,545,359)
entry-text: I, Gurpreet Singh s/o Amarjit Singh R/o … xyxy=(556,1669,749,1729)
list-item: ☛ਮੈਂ Surenderpal Singh ਪੁੱਤਰ ਵਾਸੀ ਨੇ ਆਪਣ… xyxy=(356,654,545,699)
list-item: ☛ਮੈਂ ਕਰਿਸ਼ਮਾ ਬਾਂਸਲ ਪਤਨੀ ਰਾਮ ਗੋਪਾਲ ਵਾਸੀ ਮ… xyxy=(178,349,347,424)
list-item: ☛I, Reena w/o Gurinder Singh Jassal R/o … xyxy=(556,1587,749,1666)
pointing-hand-icon: ☛ xyxy=(0,705,9,716)
pointing-hand-icon: ☛ xyxy=(0,336,9,348)
pointing-hand-icon: ☛ xyxy=(1144,1475,1154,1486)
aam-suchna-entry: ☛ ਅਸੀ ਮਲਿਕਾ ਗਰੋਵਰ ਪਤਨੀ ਪੰਕਜ ਗਰੋਵਰ ਅਤੇ ਰੋ… xyxy=(1144,2111,1512,2206)
entry-text: I, hitherto known as Parmjit Kaur W/O Sh… xyxy=(1333,1503,1511,1610)
entry-code: 7171 xyxy=(734,1217,749,1233)
list-item: ☛I, Bajleet Kaur Mann W/o Jaspal Singh R… xyxy=(1333,1437,1511,1500)
pointing-hand-icon: ☛ xyxy=(0,412,9,424)
list-item: ☛ਮੈਂ ਪੂਜਾ ਕੁਮਾਰੀ ਪਤਨੀ ਸੰਦੀਪ ਭੰਡਾਰੀ ਵਾਸੀ … xyxy=(0,273,169,333)
public-notice-will: Public Notice ਵਿਸ਼ਾ:- ਜੇਰ ਧਾਰਾ 40-ਏ ਤਹਿਤ… xyxy=(1335,416,1512,696)
pointing-hand-icon: ☛ xyxy=(1333,1615,1343,1628)
aam-suchna-code: 004 xyxy=(1326,2190,1343,2200)
pointing-hand-icon: ☛ xyxy=(556,1397,567,1409)
na-badli-heading: ਨਾਂ ਬਦਲੀ xyxy=(1144,918,1512,948)
notice-title: ਜਨਤਕ ਨੋਟਿਸ ਨਗਰ ਨਿਗਮ, ਲੁਧਿਆਣਾ। xyxy=(1154,73,1313,84)
entry-text: ਮੈਂ, ਕੁਲਦੀਪ ਸਿੰਘ ਪੁੱਤਰ ਵਰਸ਼ਨ ਸਿੰਘ ਵਾਸੀ ਮ… xyxy=(756,176,1125,247)
entry-text: ਮੈਂ Sanjiv Kumar Goyal ਪੁੱਤਰ ਵਾਸੀ ਬਠਿੰਡਾ… xyxy=(178,535,347,577)
entry-text: ਮੈਂ ਇੰਦਰ ਜੈਨ ਅਗਰਵਾਲ ਪੁੱਤਰ ਚੰਦਰ ਮੋਹਨ ਵਾਸੀ… xyxy=(1144,1551,1322,1608)
list-item: ☛ਮੈਂ ਸਤਨਾਮ ਸਿੰਘ ਪੁੱਤਰ ਗੁਰਦੇਵ ਸਿੰਘ ਵਾਸੀ ਪ… xyxy=(178,487,347,532)
notice-body: ਹਰ ਆਮ ਤੇ ਖਾਸ ਨੂੰ ਇਸ ਜਨਤਕ ਨੋਟਿਸ ਰਾਹੀਂ ਸੂਚ… xyxy=(1154,84,1313,569)
entry-text: ਮੈਂ ਮਨਜੀਤ ਕੌਰ ਪਤਨੀ ਵਾਸੀ ਵਾਰਡ ਨੰਬਰ 6, ਮ.ਨ… xyxy=(756,468,1125,495)
list-item: ☛ਮੈਂ ਕਵਿਤਾ ਉਰਫ ਰੀਟਾ ਸਚਦੇਵਾ ਪਤਨੀ ਸ਼ੰਦੀਪ ਕ… xyxy=(1144,1611,1322,1671)
entry-text: ਮੈਂ ਗੁਰਚਰਨ ਸਿੰਘ ਪੁੱਤਰ ਸਿੰਘ ਵਾਸੀ ਪਿੰਡ ਬਿਆ… xyxy=(756,390,1125,432)
entry-text: ਮੈਂ ਜਸਵਿੰਦਰ ਸਿੰਘ ਪੁੱਤਰ ਕਰਤਾਰ ਸਿੰਘ ਵਾਸੀ ਪ… xyxy=(756,792,1125,819)
pointing-hand-icon: ☛ xyxy=(178,736,188,748)
public-notice-mamta: Public Notice The general public is here… xyxy=(1144,574,1324,910)
list-item: ☛ਮੈਂ ਪਰਮਜੀਤ ਕੌਰ ਪਤਨੀ ਗੁਰਦਿਆਲ ਸਿੰਘ ਵਾਸੀ ਮ… xyxy=(0,703,169,763)
notice-mamta-title: Public Notice xyxy=(1154,582,1313,603)
entry-text: ਮੈਂ ਸੰਦੀਪ ਕੌਰ ਪਰਮਾਰ ਪਤਨੀ ਹਰਮਨਜੀਤ ਸਿੰਘ ਵਾ… xyxy=(1333,1107,1511,1149)
entry-text: ਮੈਂ ਲਖਵਿੰਦਰ ਸਿੰਘ ਦਿਓਲ ਪੁੱਤਰ ਦਰਸ਼ਨ ਸਿੰਘ ਵ… xyxy=(1144,1858,1322,1915)
pointing-hand-icon: ☛ xyxy=(178,628,188,640)
entry-text: ਮੈਂ ਕਰਿਸ਼ਮਾ ਬਾਂਸਲ ਪਤਨੀ ਰਾਮ ਗੋਪਾਲ ਵਾਸੀ ਮ.… xyxy=(178,351,347,422)
list-item: ☛ਮੈਂ ਅਮਨਦੀਪ ਸਿੰਘ ਪੁੱਤਰ ਰਣਜੀਤ ਸਿੰਘ ਵਾਸੀ 3… xyxy=(1144,1412,1322,1472)
entry-text: ਮੈਂ ਗੁਰਮੀਤ ਕੌਰ ਪਤਨੀ ਅਮਰਜੀਤ ਸਿੰਘ ਵਾਸੀ ਮਕਾ… xyxy=(178,675,347,731)
list-item: ☛ਮੈ ਨਵਨੀਤ ਮਾਲਰਾ ਪਤਨੀ ਲਖਵਿੰਦਰ ਸਿੰਘ ਮਕਾਨ ਨ… xyxy=(178,273,347,348)
pointing-hand-icon: ☛ xyxy=(553,377,563,389)
pointing-hand-icon: ☛ xyxy=(178,675,188,686)
pointing-hand-icon: ☛ xyxy=(1333,1503,1343,1516)
entry-text: ਮੈਂ ਅਨੂ ਗੋਇਲ ਪਤਨੀ ਅਸ਼ੂਲ ਕੁਮਾਰ ਵਾਸੀ 61, ਗ… xyxy=(553,408,747,450)
pointing-hand-icon: ☛ xyxy=(356,609,366,621)
entry-text: I Gitanjli Sachdeva W/o Gurdarshan Kumar… xyxy=(556,1140,749,1215)
pointing-hand-icon: ☛ xyxy=(178,427,188,439)
pointing-hand-icon: ☛ xyxy=(556,932,567,944)
pointing-hand-icon: ☛ xyxy=(756,468,766,480)
pointing-hand-icon: ☛ xyxy=(178,213,188,225)
list-item: ☛ਮੈਂ ਲਖਵਿੰਦਰ ਸਿੰਘ ਦਿਓਲ ਪੁੱਤਰ ਦਰਸ਼ਨ ਸਿੰਘ … xyxy=(1144,1857,1322,1917)
aam-suchna-text: ਅਸੀ ਮਲਿਕਾ ਗਰੋਵਰ ਪਤਨੀ ਪੰਕਜ ਗਰੋਵਰ ਅਤੇ ਰੋਹਨ… xyxy=(1144,2115,1512,2200)
entry-text: I, VINOD SHARMA S/O GOGI SHARMA R/O H NO… xyxy=(556,1220,749,1296)
list-item: ☛ਮੈਂ ਸੁਖਜੀਤ ਸਿੰਘ ਦੰਦੀਵਾਲ ਪੁੱਤਰ ਗੁਰਬਚਨ ਸਿ… xyxy=(178,426,347,486)
pointing-hand-icon: ☛ xyxy=(0,921,9,932)
list-item: ☛ਮੈਂ ਮਨਜੀਤ ਕੌਰ ਪਤਨੀ ਵਾਸੀ ਵਾਰਡ ਨੰਬਰ 6, ਮ.… xyxy=(756,467,1125,497)
pointing-hand-icon: ☛ xyxy=(553,408,563,420)
entry-code: 7171 xyxy=(734,1715,749,1731)
entry-text: I, Navpreet Singh S/o Baljinder Singh re… xyxy=(556,1044,749,1135)
entry-text: ਮੈਂ ਮਨਮੀਤ ਕੌਰ ਕਾਹਲੋਂ ਪਤਨੀ ਕੁਲਵਿੰਦਰ ਸਿੰਘ,… xyxy=(356,207,545,249)
issue-date: ਵੀਰਵਾਰ, 6 ਜੂਨ 2024 xyxy=(147,20,299,44)
list-item: ☛ਮੈਂ ਹਰਮਨ ਸਿੰਘ ਪੁੱਤਰ ਨਿਰਮਲ ਸਿੰਘ ਵਾਸੀ ਪਿੰ… xyxy=(0,472,169,532)
entry-text: ਮੈਂ ਅੰਬੋ ਦੇਵੀ ਪਤਨੀ ਦਰਸ਼ਨ ਰਾਮ ਨਿਵਾਸੀ ਵਾਰਡ… xyxy=(756,608,1125,664)
list-item: ☛I, KARAMJIT KAUR W/O JASMAIL SINGH DHAL… xyxy=(556,1299,749,1393)
name-change-center-heading: ਨਾਮ ਬਦਲੀ... xyxy=(356,65,747,95)
pointing-hand-icon: ☛ xyxy=(756,176,766,188)
